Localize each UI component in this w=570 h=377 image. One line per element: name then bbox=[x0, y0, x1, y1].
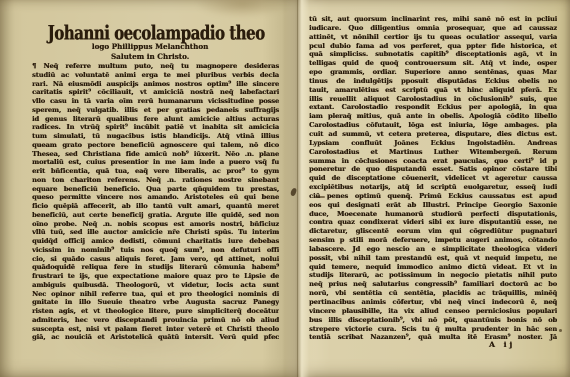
text-line: giā, ac nouiciā et Aristotelicā quātū in… bbox=[32, 333, 279, 342]
text-line: Lypsiam confluūt Joānes Eckius Ingolstad… bbox=[309, 139, 557, 148]
text-line: sperem, neq̄ vulgatib. illis et per grat… bbox=[32, 106, 279, 115]
text-line: epo grammis, ordiar. Superiore anno sent… bbox=[309, 68, 557, 77]
text-line: caritatis spirit⁹ cōciliauit, vt amicici… bbox=[32, 88, 279, 97]
ink-speck bbox=[559, 329, 562, 332]
text-line: dictaretur, gliscentē eorum vim qui cōgr… bbox=[309, 227, 557, 236]
text-line: vllū tuū, sed ille auctor amicicie nr̄e … bbox=[32, 228, 279, 237]
text-line: cio, si quādo casus aliquis feret. Jam v… bbox=[32, 255, 279, 264]
text-line: quādoquidē reliqua fere in studijs liter… bbox=[32, 263, 279, 272]
text-line: excipiētibus notarijs, atq̄ id scriptū e… bbox=[309, 183, 557, 192]
text-line: poneretur de quo disputandū esset. Satis… bbox=[309, 165, 557, 174]
text-line: suscepta est, nisi vt palam fieret inter… bbox=[32, 325, 279, 334]
text-line: contra quaz condixerat videri sibi ex iu… bbox=[309, 218, 557, 227]
text-line: rari. Nā eiusmōdi auspicijs animos nostr… bbox=[32, 80, 279, 89]
text-line: telligas quid de quoq̄ controuersum sit.… bbox=[309, 59, 557, 68]
text-line: neq̄ prius neq̄ salutarius congressib⁹ f… bbox=[309, 280, 557, 289]
text-line: sensim p stili morā deferuere, impetu au… bbox=[309, 236, 557, 245]
text-line: extant. Carolostadio respondit Eckius pe… bbox=[309, 103, 557, 112]
paper-stain bbox=[195, 0, 290, 18]
text-line: pcul dubio fama ad vos perferet, qua ppt… bbox=[309, 42, 557, 51]
text-line: ciū penes optimū quenq̄. Primū Eckius ca… bbox=[309, 192, 557, 201]
text-line: Carolostadius et Martinus Luther Witembe… bbox=[309, 148, 557, 157]
text-line: admiteris, hec vero disceptandi prouinci… bbox=[32, 316, 279, 325]
text-line: tum simulati, tū nugacibus istis blandic… bbox=[32, 132, 279, 141]
text-line: non ton chariton referens. Neq̄ .n. rati… bbox=[32, 176, 279, 185]
text-line: summa in cōclusiones coacta erat paucula… bbox=[309, 157, 557, 166]
text-line: cuit ad summū, vt cetera preterea, dispu… bbox=[309, 130, 557, 139]
text-line: vicissim in nominib⁹ tuis nos quoq̄ sum⁹… bbox=[32, 246, 279, 255]
text-line: Nec opinor nihil referre tua, qui et pro… bbox=[32, 290, 279, 299]
text-line: risten agis, et vt theologice litere, pu… bbox=[32, 307, 279, 316]
text-line: oīno probe. Neq̄ .n. nobis scopus est am… bbox=[32, 220, 279, 229]
text-line: tū sit, aut quorsum inclinarint res, mih… bbox=[309, 15, 557, 24]
text-line: vllo casu in tā varia oīm rerū humanarum… bbox=[32, 97, 279, 106]
text-line: ficio quēpiā affecerit, ab illo tantū vu… bbox=[32, 202, 279, 211]
text-line: ambiguis quibusdā. Theologorū, vt videtu… bbox=[32, 281, 279, 290]
text-line: pertinacibus animis cōfertur, vbi neq̄ v… bbox=[309, 298, 557, 307]
text-line: duce, Moecenate humanorū studiorū perfec… bbox=[309, 210, 557, 219]
text-line: quid de disceptatione cōuenerit, videlic… bbox=[309, 174, 557, 183]
text-line: illis reuellit aliquot Carolostadius in … bbox=[309, 95, 557, 104]
right-page-text-block: tū sit, aut quorsum inclinarint res, mih… bbox=[309, 15, 557, 345]
text-line: quid temere, nequid immodico animo dictū… bbox=[309, 263, 557, 272]
text-line: Carolostadius cōfutauit, lōga est iniuri… bbox=[309, 121, 557, 130]
book-spread: Johanni oecolampadio theo logo Phillippu… bbox=[0, 0, 570, 377]
text-line: tinus de indulgētijs pposuit disputādas … bbox=[309, 77, 557, 86]
text-line: frustrari te ijs, que expectatione maior… bbox=[32, 272, 279, 281]
text-line: erit bñficentia, quā tua, eaq̄ vere libe… bbox=[32, 167, 279, 176]
quire-signature: A ij bbox=[472, 340, 532, 349]
text-line: bus illis disceptationib⁹, vbi nō pōt, q… bbox=[309, 316, 557, 325]
text-line: studijs literarū, ac potissimum in negoc… bbox=[309, 271, 557, 280]
text-line: quā simpliciss. subnotatis capitib⁹ disc… bbox=[309, 50, 557, 59]
text-line: beneficiū, aut certe beneficij gratia. A… bbox=[32, 211, 279, 220]
text-line: norū, vbi sentētia cū sentētia, placidis… bbox=[309, 289, 557, 298]
text-line: iudicare. Quo diligentius omnia prosequa… bbox=[309, 24, 557, 33]
gutter-crease bbox=[297, 0, 298, 377]
text-line: tauit, amarulētius est scriptū quā vt hi… bbox=[309, 86, 557, 95]
text-line: attinēt, vt nōnihil certior ijs tu queas… bbox=[309, 33, 557, 42]
text-line: equare beneficiū beneficio. Qua parte qñ… bbox=[32, 185, 279, 194]
text-line: quidq̄d officij amico dedisti, cōmuni ch… bbox=[32, 237, 279, 246]
text-line: queam grato pectore beneficiū agnoscere … bbox=[32, 141, 279, 150]
text-line: Thesea, sed Christiana fide amicū nob⁹ i… bbox=[32, 150, 279, 159]
text-line: radices. In vtrūq̄ spirit⁹ incūbit patiē… bbox=[32, 123, 279, 132]
text-line: ¶ Neq̄ referre multum puto, neq̄ tu magn… bbox=[32, 62, 279, 71]
text-line: labascere. Jd ego nescio an e simplicita… bbox=[309, 245, 557, 254]
text-line: vincere plausibille, ita vix aliud cense… bbox=[309, 307, 557, 316]
text-line: gnitate in illo Sueuie theatro vrbe Augu… bbox=[32, 298, 279, 307]
text-line: mortaliū est, cuius presentior in me iam… bbox=[32, 158, 279, 167]
text-line: possit, vbi nihil tam prestandū est, quā… bbox=[309, 254, 557, 263]
text-line: queso permitte vincere nos amando. Arist… bbox=[32, 193, 279, 202]
text-line: eos qui designati erāt ab Illustri. Prin… bbox=[309, 201, 557, 210]
page-subtitle-author: logo Phillippus Melanchthon bbox=[33, 42, 267, 51]
text-line: studiū ac voluntatē animi erga te mei pl… bbox=[32, 71, 279, 80]
left-page-text-block: ¶ Neq̄ referre multum puto, neq̄ tu magn… bbox=[32, 62, 279, 344]
text-line: iam pleraq̄ mitius, quā ante in obelis. … bbox=[309, 112, 557, 121]
text-line: strepere victorie cura. Scis tu q̄ multa… bbox=[309, 325, 557, 334]
text-line: id genus literarū qualibus fere alunt am… bbox=[32, 115, 279, 124]
page-subtitle-salutation: Salutem in Christo. bbox=[33, 52, 267, 61]
